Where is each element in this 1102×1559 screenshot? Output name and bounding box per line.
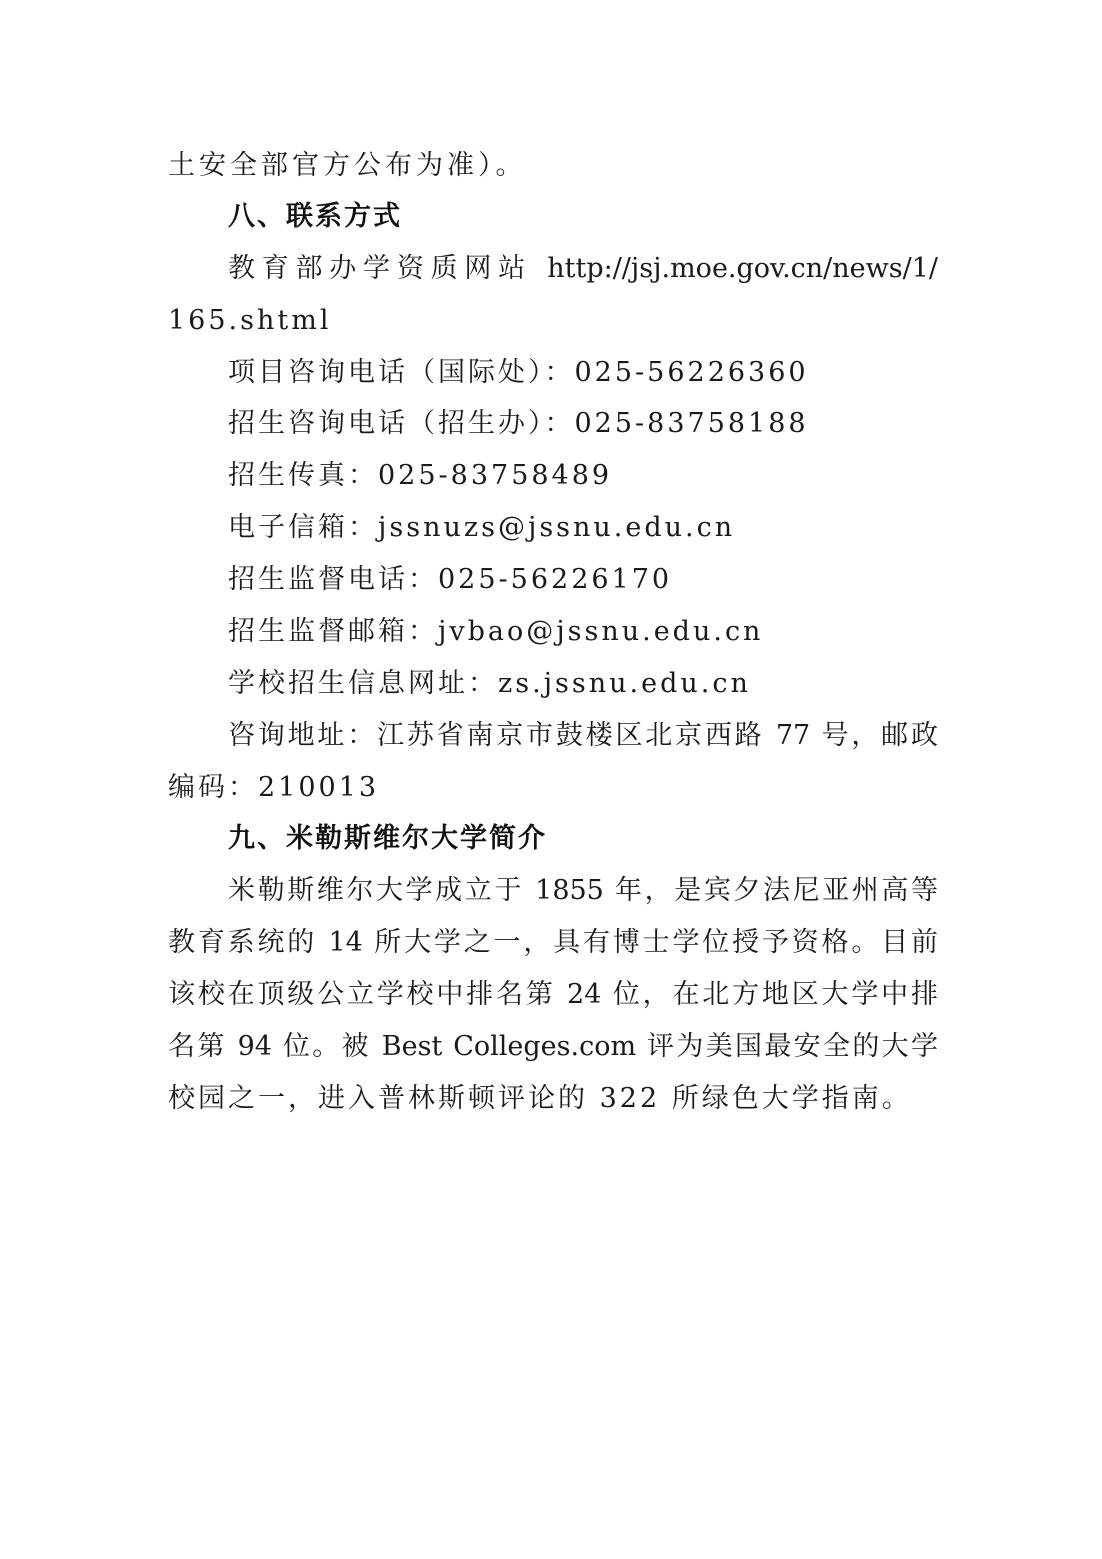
section-8-heading: 八、联系方式 bbox=[228, 197, 938, 237]
contact-email: 电子信箱：jssnuzs@jssnu.edu.cn bbox=[228, 508, 938, 548]
admission-consult-phone: 招生咨询电话（招生办）：025-83758188 bbox=[228, 404, 938, 444]
intro-paragraph-line: 名第 94 位。被 Best Colleges.com 评为美国最安全的大学 bbox=[168, 1027, 938, 1067]
previous-section-tail: 土安全部官方公布为准）。 bbox=[168, 146, 508, 186]
admission-website: 学校招生信息网址：zs.jssnu.edu.cn bbox=[228, 664, 938, 704]
project-consult-phone: 项目咨询电话（国际处）：025-56226360 bbox=[228, 353, 938, 393]
admission-fax: 招生传真：025-83758489 bbox=[228, 456, 938, 496]
document-page: 土安全部官方公布为准）。 八、联系方式 教育部办学资质网站 http://jsj… bbox=[0, 0, 1102, 1559]
consult-address-line-1: 咨询地址：江苏省南京市鼓楼区北京西路 77 号，邮政 bbox=[228, 716, 938, 756]
moe-website-line-1: 教育部办学资质网站 http://jsj.moe.gov.cn/news/1/ bbox=[228, 249, 938, 289]
supervision-email: 招生监督邮箱：jvbao@jssnu.edu.cn bbox=[228, 612, 938, 652]
supervision-phone: 招生监督电话：025-56226170 bbox=[228, 560, 938, 600]
intro-paragraph-line: 教育系统的 14 所大学之一，具有博士学位授予资格。目前 bbox=[168, 923, 938, 963]
moe-website-line-2: 165.shtml bbox=[168, 301, 938, 341]
consult-address-line-2: 编码：210013 bbox=[168, 768, 938, 808]
intro-paragraph-line: 米勒斯维尔大学成立于 1855 年，是宾夕法尼亚州高等 bbox=[228, 871, 938, 911]
section-9-heading: 九、米勒斯维尔大学简介 bbox=[228, 819, 938, 859]
intro-paragraph-line: 该校在顶级公立学校中排名第 24 位，在北方地区大学中排 bbox=[168, 975, 938, 1015]
intro-paragraph-line: 校园之一，进入普林斯顿评论的 322 所绿色大学指南。 bbox=[168, 1079, 938, 1119]
